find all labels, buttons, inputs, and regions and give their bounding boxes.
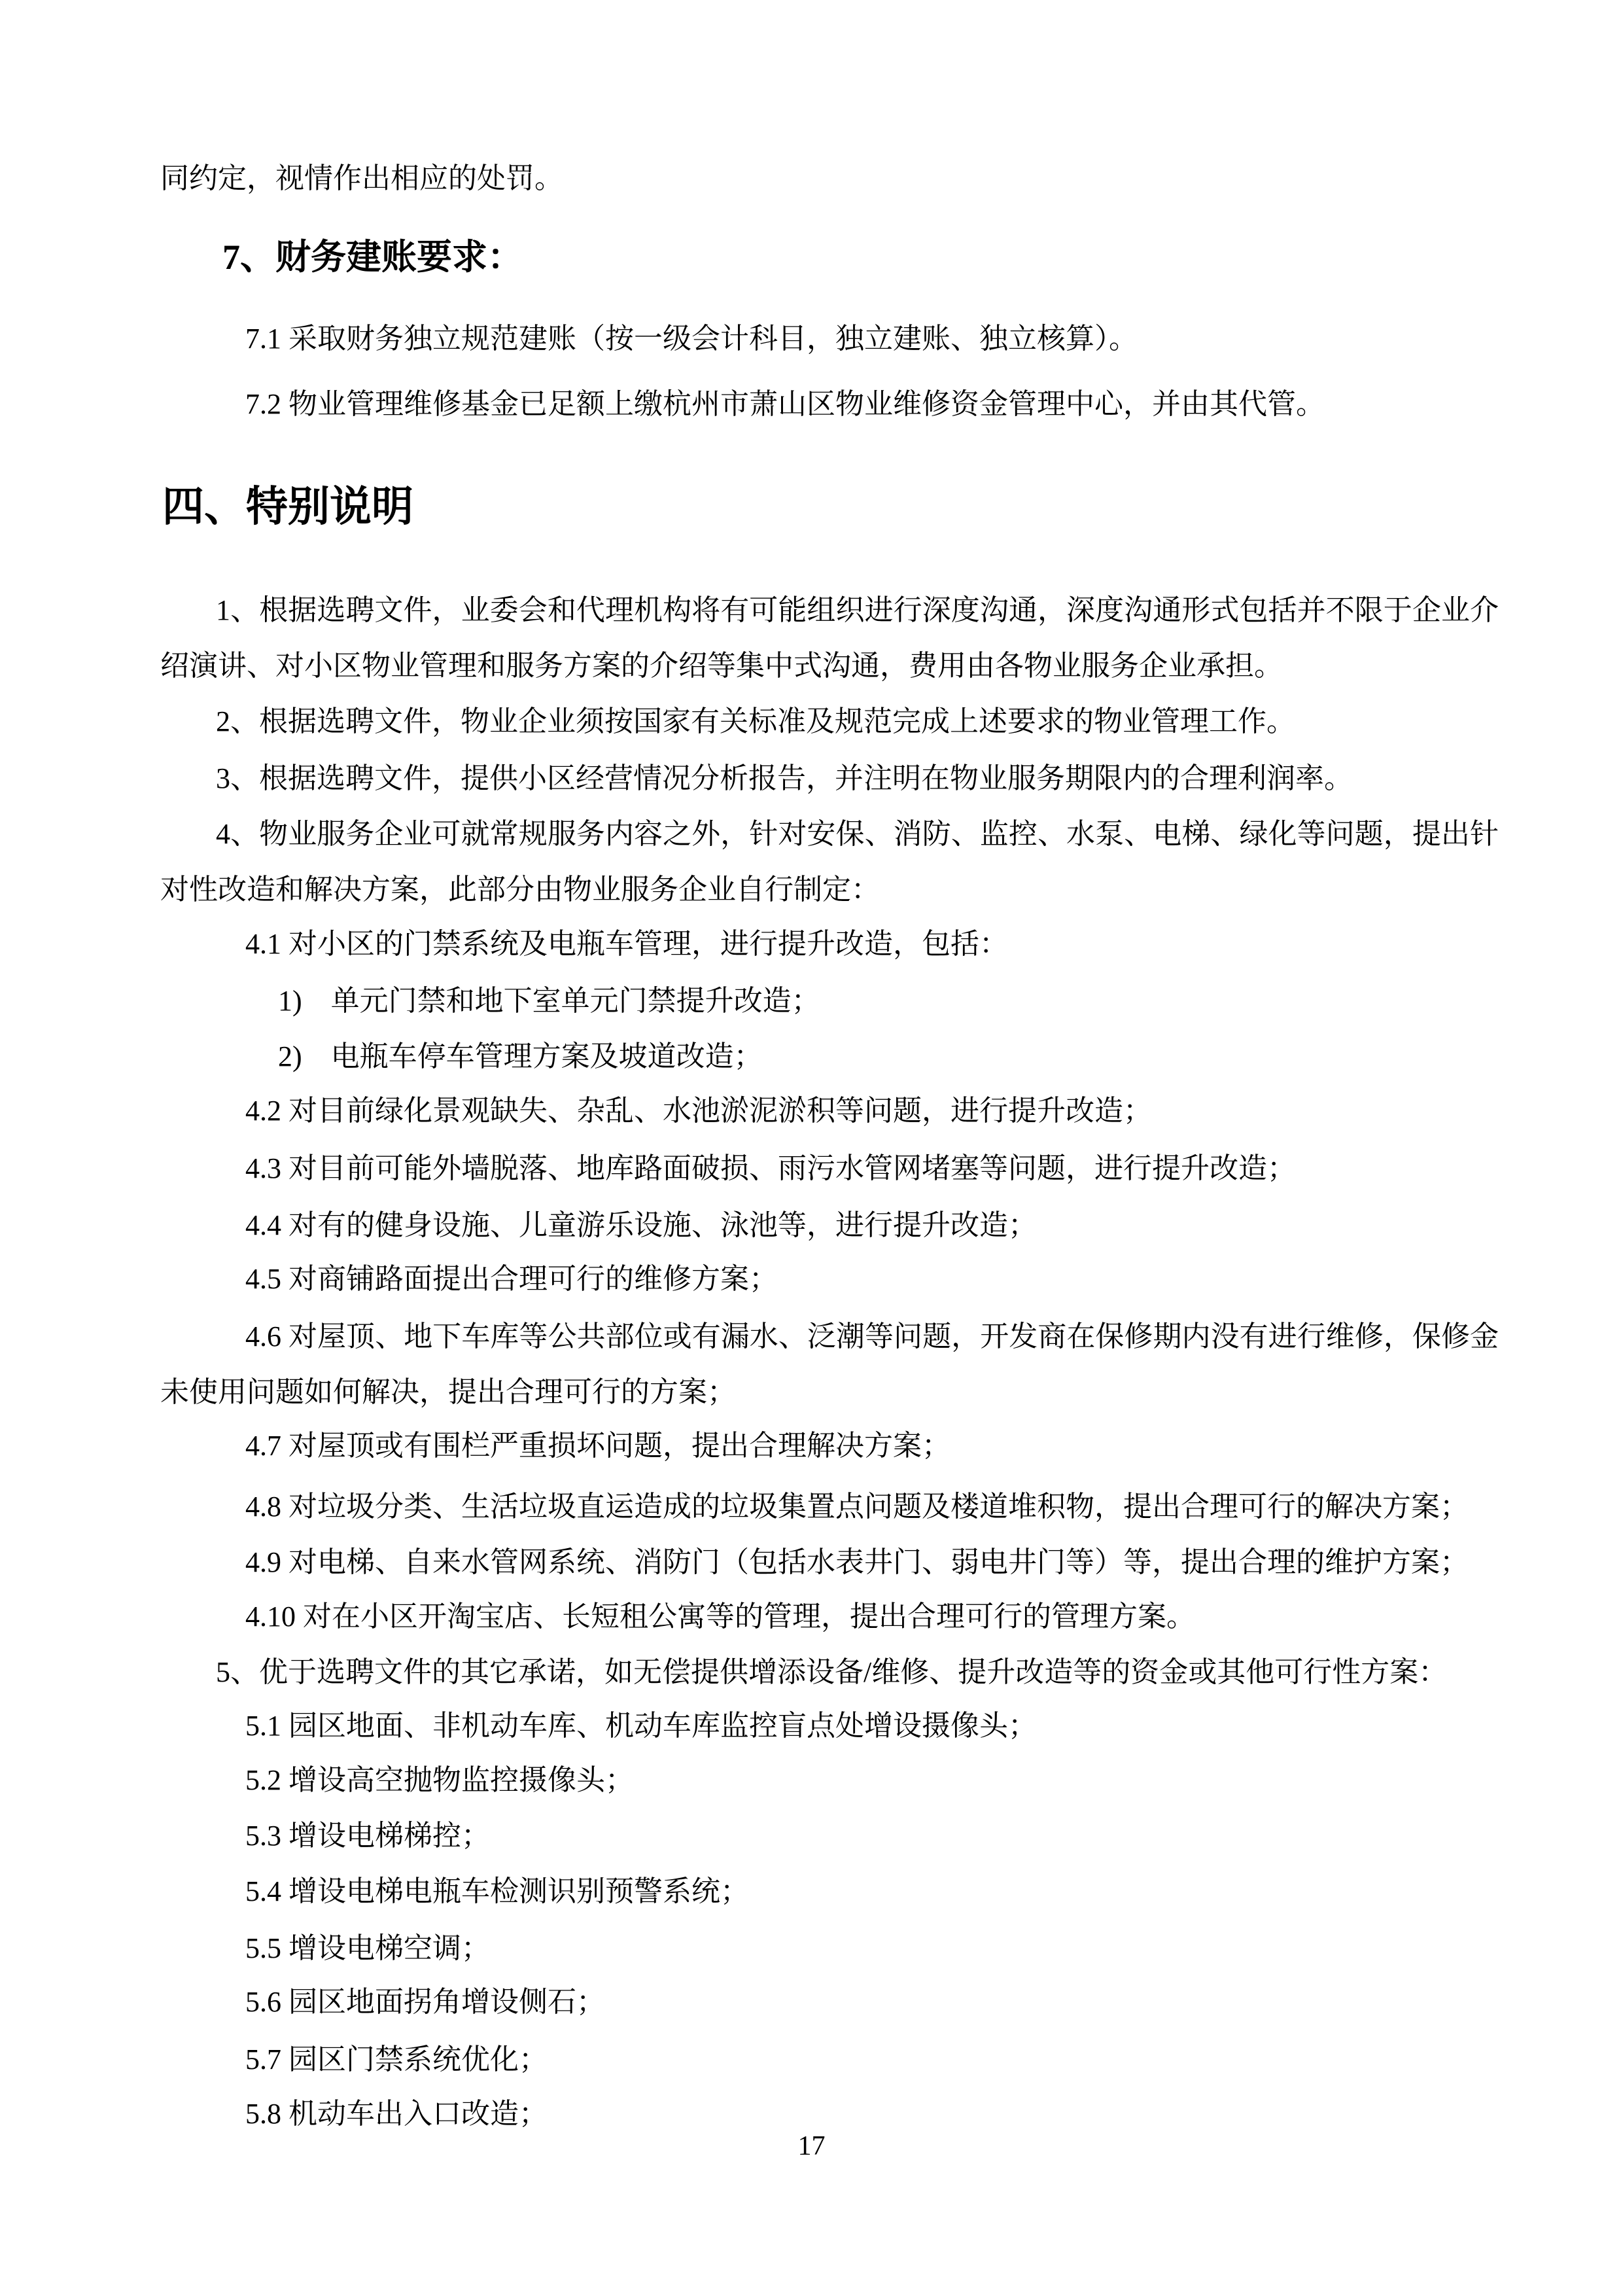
paragraph-2: 2、根据选聘文件，物业企业须按国家有关标准及规范完成上述要求的物业管理工作。 [216, 694, 1295, 749]
list-item-5-2: 5.2 增设高空抛物监控摄像头； [245, 1752, 634, 1808]
list-item-7-1: 7.1 采取财务独立规范建账（按一级会计科目，独立建账、独立核算）。 [245, 311, 1138, 366]
sub-item-2: 2) 电瓶车停车管理方案及坡道改造； [278, 1029, 763, 1084]
section-4-heading: 四、特别说明 [162, 483, 413, 531]
list-item-4-6: 4.6 对屋顶、地下车库等公共部位或有漏水、泛潮等问题，开发商在保修期内没有进行… [160, 1309, 1499, 1420]
list-item-4-9: 4.9 对电梯、自来水管网系统、消防门（包括水表井门、弱电井门等）等，提出合理的… [245, 1534, 1469, 1590]
list-item-7-2: 7.2 物业管理维修基金已足额上缴杭州市萧山区物业维修资金管理中心，并由其代管。 [245, 376, 1325, 432]
list-item-5-4: 5.4 增设电梯电瓶车检测识别预警系统； [245, 1863, 749, 1919]
document-page: 同约定，视情作出相应的处罚。 7、财务建账要求： 7.1 采取财务独立规范建账（… [0, 0, 1623, 2296]
section-7-heading: 7、财务建账要求： [222, 237, 523, 277]
list-item-4-5: 4.5 对商铺路面提出合理可行的维修方案； [245, 1251, 778, 1307]
paragraph-4: 4、物业服务企业可就常规服务内容之外，针对安保、消防、监控、水泵、电梯、绿化等问… [160, 806, 1499, 917]
list-item-5-7: 5.7 园区门禁系统优化； [245, 2032, 548, 2087]
list-item-4-3: 4.3 对目前可能外墙脱落、地库路面破损、雨污水管网堵塞等问题，进行提升改造； [245, 1140, 1296, 1196]
list-item-4-10: 4.10 对在小区开淘宝店、长短租公寓等的管理，提出合理可行的管理方案。 [245, 1589, 1195, 1644]
list-item-5-1: 5.1 园区地面、非机动车库、机动车库监控盲点处增设摄像头； [245, 1698, 1037, 1754]
page-number: 17 [0, 2130, 1623, 2163]
list-item-5-3: 5.3 增设电梯梯控； [245, 1808, 490, 1863]
list-item-4-7: 4.7 对屋顶或有围栏严重损坏问题，提出合理解决方案； [245, 1418, 951, 1474]
sub-item-1: 1) 单元门禁和地下室单元门禁提升改造； [278, 973, 820, 1029]
paragraph-1: 1、根据选聘文件，业委会和代理机构将有可能组织进行深度沟通，深度沟通形式包括并不… [160, 582, 1499, 694]
list-item-4-8: 4.8 对垃圾分类、生活垃圾直运造成的垃圾集置点问题及楼道堆积物，提出合理可行的… [245, 1479, 1469, 1534]
list-item-4-2: 4.2 对目前绿化景观缺失、杂乱、水池淤泥淤积等问题，进行提升改造； [245, 1083, 1152, 1139]
paragraph-3: 3、根据选聘文件，提供小区经营情况分析报告，并注明在物业服务期限内的合理利润率。 [216, 751, 1353, 806]
list-item-4-4: 4.4 对有的健身设施、儿童游乐设施、泳池等，进行提升改造； [245, 1197, 1037, 1253]
list-item-4-1: 4.1 对小区的门禁系统及电瓶车管理，进行提升改造，包括： [245, 916, 1008, 972]
doc-line-continuation: 同约定，视情作出相应的处罚。 [160, 150, 563, 206]
list-item-5-6: 5.6 园区地面拐角增设侧石； [245, 1974, 605, 2030]
paragraph-5: 5、优于选聘文件的其它承诺，如无偿提供增添设备/维修、提升改造等的资金或其他可行… [216, 1644, 1447, 1700]
list-item-5-5: 5.5 增设电梯空调； [245, 1920, 490, 1976]
